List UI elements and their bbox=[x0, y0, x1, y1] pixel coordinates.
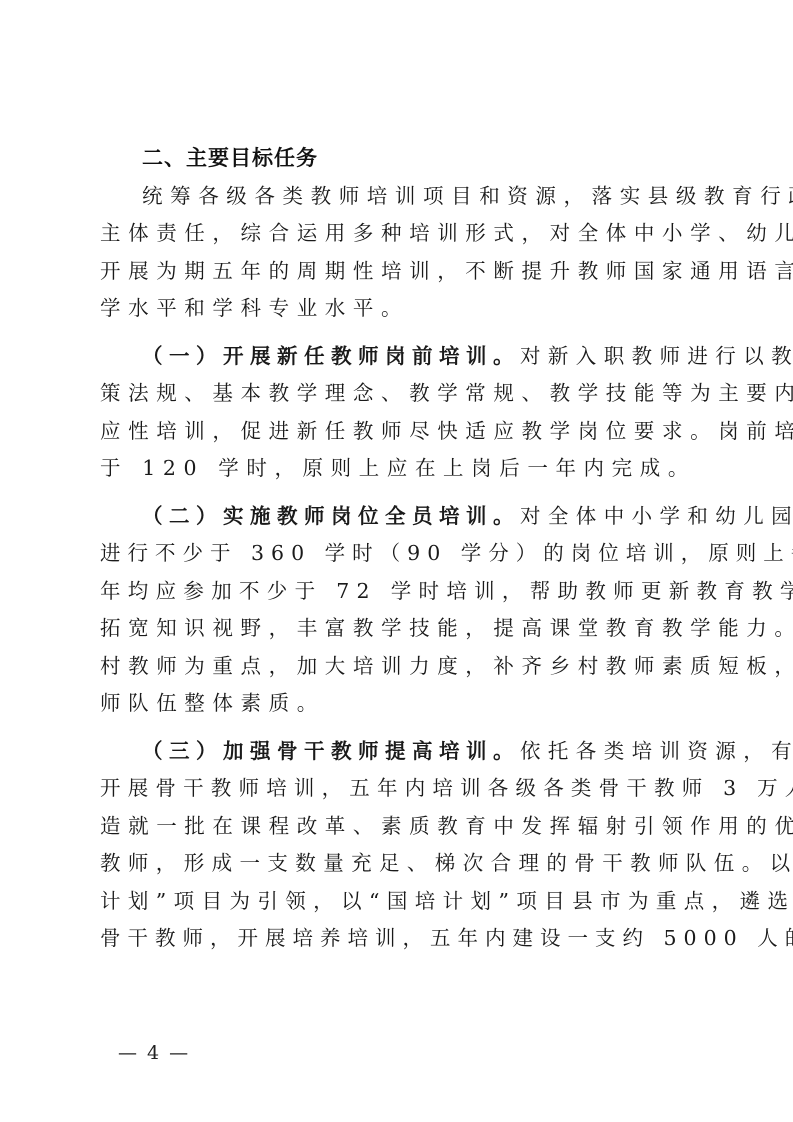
text-line: 策法规、基本教学理念、教学常规、教学技能等为主要内容的适 bbox=[100, 375, 694, 413]
text-line: 学水平和学科专业水平。 bbox=[100, 290, 694, 328]
text-line: 应性培训，促进新任教师尽快适应教学岗位要求。岗前培训不少 bbox=[100, 413, 694, 451]
text-line: 师队伍整体素质。 bbox=[100, 685, 694, 723]
text-line: 拓宽知识视野，丰富教学技能，提高课堂教育教学能力。要以乡 bbox=[100, 610, 694, 648]
text-line: 开展为期五年的周期性培训，不断提升教师国家通用语言文字教 bbox=[100, 253, 694, 291]
text-line: 骨干教师，开展培养培训，五年内建设一支约 5000 人的专兼职 bbox=[100, 920, 694, 958]
text-line: 统筹各级各类教师培训项目和资源，落实县级教育行政部门 bbox=[100, 178, 694, 216]
text-line: （三）加强骨干教师提高培训。依托各类培训资源，有计划 bbox=[100, 733, 694, 771]
text-line: 主体责任，综合运用多种培训形式，对全体中小学、幼儿园教师 bbox=[100, 215, 694, 253]
item-paragraph-3: （三）加强骨干教师提高培训。依托各类培训资源，有计划 开展骨干教师培训，五年内培… bbox=[100, 733, 694, 958]
text-line: 于 120 学时，原则上应在上岗后一年内完成。 bbox=[100, 450, 694, 488]
text-line: （一）开展新任教师岗前培训。对新入职教师进行以教育政 bbox=[100, 338, 694, 376]
text-line: （二）实施教师岗位全员培训。对全体中小学和幼儿园教师 bbox=[100, 498, 694, 536]
text-line: 开展骨干教师培训，五年内培训各级各类骨干教师 3 万人，培养 bbox=[100, 770, 694, 808]
item-text: 对全体中小学和幼儿园教师 bbox=[520, 504, 793, 528]
item-paragraph-2: （二）实施教师岗位全员培训。对全体中小学和幼儿园教师 进行不少于 360 学时（… bbox=[100, 498, 694, 723]
text-line: 年均应参加不少于 72 学时培训，帮助教师更新教育教学理念， bbox=[100, 573, 694, 611]
item-lead-2: （二）实施教师岗位全员培训。 bbox=[142, 504, 520, 528]
text-line: 造就一批在课程改革、素质教育中发挥辐射引领作用的优秀骨干 bbox=[100, 808, 694, 846]
item-text: 对新入职教师进行以教育政 bbox=[520, 344, 793, 368]
item-lead-3: （三）加强骨干教师提高培训。 bbox=[142, 739, 520, 763]
text-line: 村教师为重点，加大培训力度，补齐乡村教师素质短板，提高教 bbox=[100, 648, 694, 686]
document-page: 二、主要目标任务 统筹各级各类教师培训项目和资源，落实县级教育行政部门 主体责任… bbox=[100, 140, 694, 958]
text-line: 教师，形成一支数量充足、梯次合理的骨干教师队伍。以“国培 bbox=[100, 845, 694, 883]
page-number: — 4 — bbox=[118, 1042, 190, 1064]
item-text: 依托各类培训资源，有计划 bbox=[520, 739, 793, 763]
text-line: 计划”项目为引领，以“国培计划”项目县市为重点，遴选优秀 bbox=[100, 883, 694, 921]
section-heading: 二、主要目标任务 bbox=[100, 140, 694, 178]
item-lead-1: （一）开展新任教师岗前培训。 bbox=[142, 344, 520, 368]
intro-paragraph: 统筹各级各类教师培训项目和资源，落实县级教育行政部门 主体责任，综合运用多种培训… bbox=[100, 178, 694, 328]
item-paragraph-1: （一）开展新任教师岗前培训。对新入职教师进行以教育政 策法规、基本教学理念、教学… bbox=[100, 338, 694, 488]
text-line: 进行不少于 360 学时（90 学分）的岗位培训，原则上每名教师每 bbox=[100, 535, 694, 573]
